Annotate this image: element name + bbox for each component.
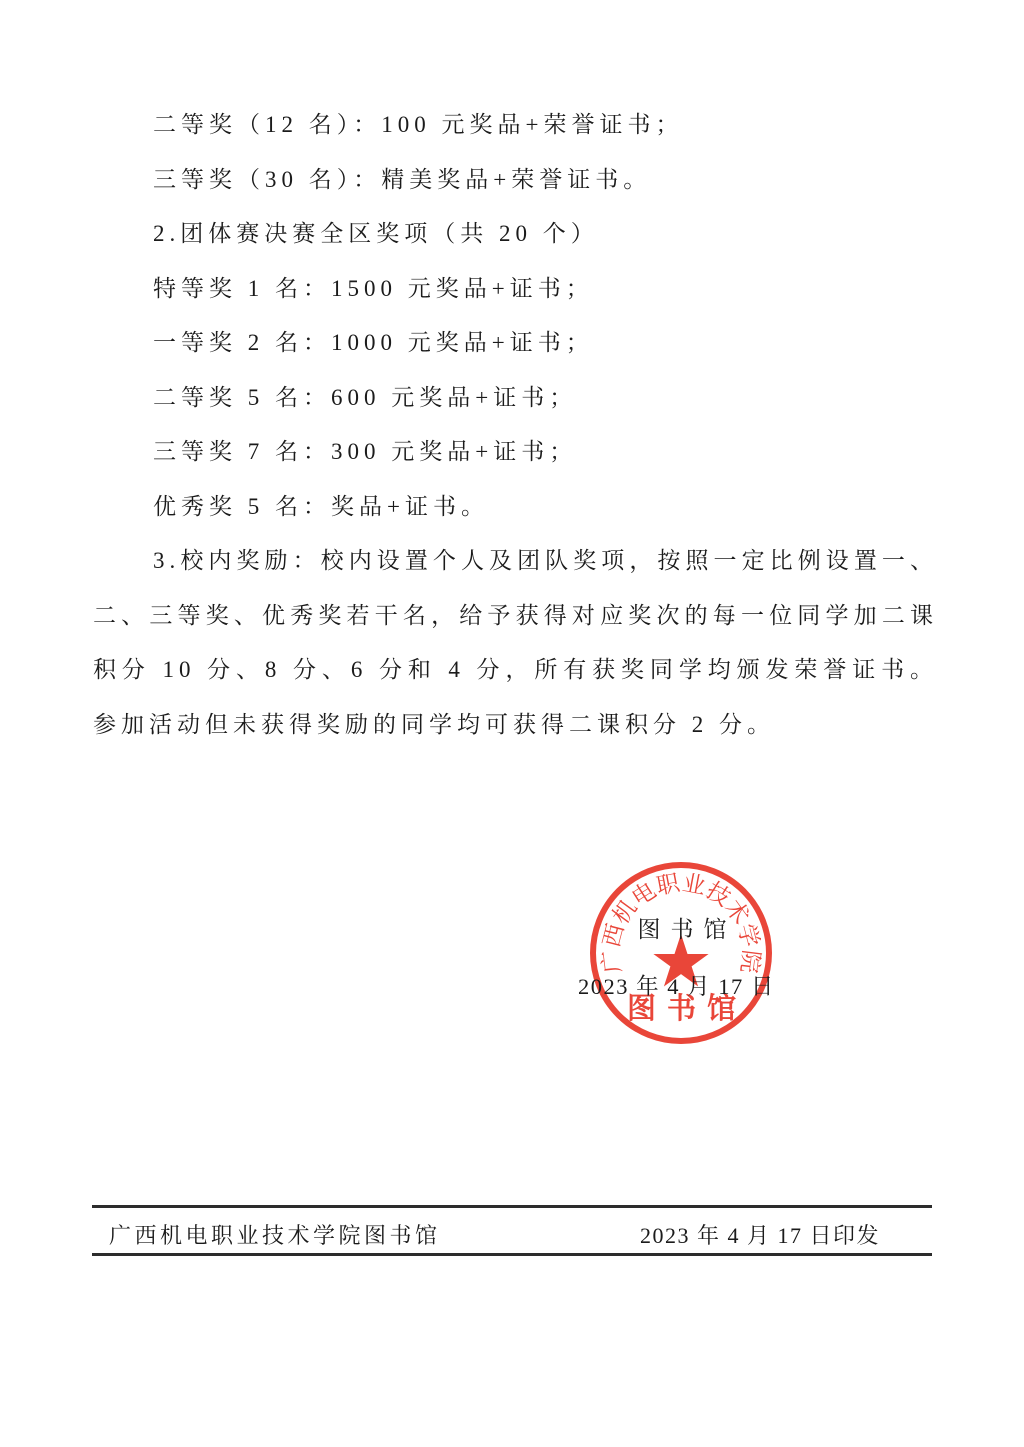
document-page: 二等奖（12 名）：100 元奖品+荣誉证书；三等奖（30 名）：精美奖品+荣誉…	[0, 0, 1024, 1447]
paragraph: 三等奖（30 名）：精美奖品+荣誉证书。	[93, 153, 938, 208]
paragraph: 特等奖 1 名：1500 元奖品+证书；	[93, 262, 938, 317]
paragraph: 2.团体赛决赛全区奖项（共 20 个）	[93, 207, 938, 262]
paragraph: 二等奖（12 名）：100 元奖品+荣誉证书；	[93, 98, 938, 153]
footer-rule-top	[92, 1205, 932, 1208]
footer-print-date: 2023 年 4 月 17 日印发	[640, 1219, 880, 1250]
paragraph: 二等奖 5 名：600 元奖品+证书；	[93, 371, 938, 426]
footer-rule-bottom	[92, 1253, 932, 1256]
official-stamp: 广西机电职业技术学院 图书馆	[581, 853, 781, 1053]
stamp-arc-char: 职	[654, 870, 682, 899]
signature-department: 图书馆	[638, 911, 737, 944]
paragraph: 三等奖 7 名：300 元奖品+证书；	[93, 425, 938, 480]
document-body: 二等奖（12 名）：100 元奖品+荣誉证书；三等奖（30 名）：精美奖品+荣誉…	[93, 98, 938, 752]
paragraph: 优秀奖 5 名：奖品+证书。	[93, 480, 938, 535]
paragraph: 一等奖 2 名：1000 元奖品+证书；	[93, 316, 938, 371]
paragraph: 3.校内奖励：校内设置个人及团队奖项，按照一定比例设置一、二、三等奖、优秀奖若干…	[93, 534, 938, 752]
signature-date: 2023 年 4 月 17 日	[578, 969, 775, 1001]
stamp-arc-char: 学	[733, 921, 763, 950]
footer-issuer: 广西机电职业技术学院图书馆	[109, 1219, 441, 1250]
